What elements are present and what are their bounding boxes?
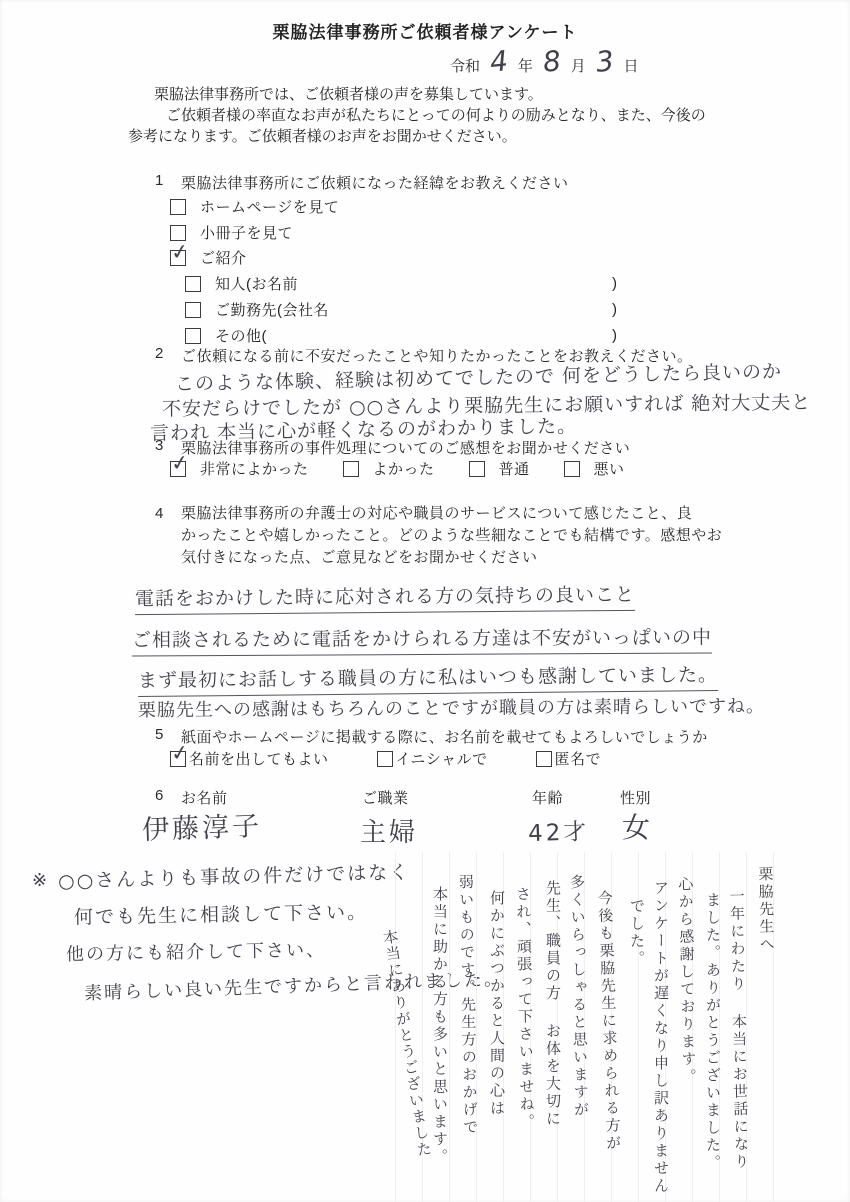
letter-column: アンケートが遅くなり申し訳ありません bbox=[653, 880, 668, 1195]
day-unit: 日 bbox=[624, 55, 639, 76]
intro-paragraph: 栗脇法律事務所では、ご依頼者様の声を募集しています。 ご依頼者様の率直なお声が私… bbox=[128, 84, 738, 147]
letter-column: 本当に助かる方も多いと思います。 bbox=[432, 886, 447, 1166]
letter-column: 先生、職員の方 お体を大切に bbox=[545, 880, 560, 1128]
q3-option-good: よかった bbox=[343, 458, 435, 479]
questionnaire-scan: 栗脇法律事務所ご依頼者様アンケート 令和 4 年 8 月 3 日 栗脇法律事務所… bbox=[0, 0, 850, 1202]
q3-option-bad: 悪い bbox=[564, 458, 625, 479]
checkbox[interactable] bbox=[185, 328, 201, 344]
option-label: 名前を出してもよい bbox=[189, 748, 329, 769]
q4-number: 4 bbox=[155, 503, 167, 525]
letter-column: 栗脇先生へ bbox=[757, 866, 774, 954]
q6-occupation-label: ご職業 bbox=[362, 787, 409, 808]
checkmark-icon: ✓ bbox=[170, 240, 190, 263]
letter-column: 弱いものです。先生方のおかげで bbox=[458, 874, 478, 1137]
q1-heading: 1 栗脇法律事務所にご依頼になった経緯をお教えください bbox=[155, 172, 569, 193]
q4-text-line: 栗脇法律事務所の弁護士の対応や職員のサービスについて感じたこと、良 bbox=[181, 503, 692, 525]
checkbox[interactable] bbox=[564, 461, 580, 477]
note-line: ○○さんよりも事故の件だけではなく bbox=[58, 857, 411, 893]
q1-sub-option-acquaintance: 知人(お名前 ) bbox=[185, 273, 617, 294]
day-handwritten: 3 bbox=[594, 47, 615, 77]
q4-text-line: 気付きになった点、ご意見などをお聞かせください bbox=[181, 547, 755, 569]
date-line: 令和 4 年 8 月 3 日 bbox=[450, 48, 639, 76]
note-marker: ※ bbox=[32, 870, 47, 891]
checkbox[interactable] bbox=[536, 751, 552, 767]
q1-sub-option-workplace: ご勤務先(会社名 ) bbox=[185, 299, 617, 320]
q3-option-normal: 普通 bbox=[469, 458, 530, 479]
option-label: ホームページを見て bbox=[200, 196, 339, 217]
q1-text: 栗脇法律事務所にご依頼になった経緯をお教えください bbox=[181, 172, 569, 193]
q5-option-show-name: ✓ 名前を出してもよい bbox=[170, 748, 329, 769]
q6-age-label: 年齢 bbox=[532, 787, 563, 808]
q5-option-initials: イニシャルで bbox=[377, 748, 488, 769]
checkbox[interactable] bbox=[170, 225, 186, 241]
month-unit: 月 bbox=[571, 55, 586, 76]
q6-gender-value: 女 bbox=[622, 806, 653, 846]
option-label: 知人(お名前 bbox=[215, 273, 298, 294]
q2-text: ご依頼になる前に不安だったことや知りたかったことをお教えください。 bbox=[181, 345, 693, 366]
year-unit: 年 bbox=[518, 55, 533, 76]
intro-line: 栗脇法律事務所では、ご依頼者様の声を募集しています。 bbox=[128, 84, 738, 105]
q3-option-very-good: ✓ 非常によかった bbox=[170, 458, 309, 479]
letter-column: され、頑張って下さいませね。 bbox=[515, 886, 534, 1131]
letter-column: 心から感謝しております。 bbox=[677, 876, 696, 1086]
q6-number: 6 bbox=[155, 787, 167, 804]
checkbox[interactable] bbox=[469, 461, 485, 477]
checkbox[interactable] bbox=[343, 461, 359, 477]
q3-text: 栗脇法律事務所の事件処理についてのご感想をお聞かせください bbox=[181, 437, 630, 458]
era-label: 令和 bbox=[450, 55, 480, 76]
q5-number: 5 bbox=[155, 726, 167, 743]
q1-option-referral: ✓ ご紹介 bbox=[170, 247, 247, 268]
q4-answer-line: ご相談されるために電話をかけられる方達は不安がいっぱいの中 bbox=[132, 626, 712, 656]
q3-options: ✓ 非常によかった よかった 普通 悪い bbox=[170, 458, 625, 479]
letter-column: でした。 bbox=[629, 898, 644, 968]
q4-answer-line: 電話をおかけした時に応対される方の気持ちの良いこと bbox=[135, 584, 635, 615]
close-paren: ) bbox=[612, 301, 617, 318]
option-label: 普通 bbox=[499, 458, 530, 479]
checkbox[interactable]: ✓ bbox=[170, 250, 186, 266]
option-label: ご紹介 bbox=[200, 247, 247, 268]
q3-number: 3 bbox=[155, 437, 167, 454]
checkmark-icon: ✓ bbox=[170, 741, 190, 764]
note-line: 何でも先生に相談して下さい。 bbox=[74, 897, 368, 929]
checkbox[interactable] bbox=[377, 751, 393, 767]
intro-line: ご依頼者様の率直なお声が私たちにとっての何よりの励みとなり、また、今後の bbox=[128, 105, 738, 126]
option-label: イニシャルで bbox=[396, 748, 488, 769]
q5-heading: 5 紙面やホームページに掲載する際に、お名前を載せてもよろしいでしょうか bbox=[155, 726, 708, 747]
option-label: 匿名で bbox=[555, 748, 602, 769]
q4-heading: 4 栗脇法律事務所の弁護士の対応や職員のサービスについて感じたこと、良 かったこ… bbox=[155, 503, 755, 569]
option-label: 非常によかった bbox=[200, 458, 309, 479]
page-title: 栗脇法律事務所ご依頼者様アンケート bbox=[0, 18, 850, 43]
letter-column: 一年にわたり 本当にお世話になり bbox=[729, 888, 749, 1171]
q4-text-line: かったことや嬉しかったこと。どのような些細なことでも結構です。感想やお bbox=[181, 525, 755, 547]
option-label: ご勤務先(会社名 bbox=[215, 299, 329, 320]
close-paren: ) bbox=[612, 275, 617, 292]
q1-option-booklet: 小冊子を見て bbox=[170, 222, 293, 243]
letter-column: 何かにぶつかると人間の心は bbox=[489, 890, 504, 1118]
q3-heading: 3 栗脇法律事務所の事件処理についてのご感想をお聞かせください bbox=[155, 437, 630, 458]
q5-options: ✓ 名前を出してもよい イニシャルで 匿名で bbox=[170, 748, 601, 769]
close-paren: ) bbox=[612, 327, 617, 344]
note-line: 他の方にも紹介して下さい、 bbox=[66, 936, 326, 967]
year-handwritten: 4 bbox=[489, 47, 510, 77]
q4-answer-line: まず最初にお話しする職員の方に私はいつも感謝していました。 bbox=[138, 664, 718, 697]
q6-age-value: 42才 bbox=[527, 813, 589, 848]
letter-column: ました。ありがとうございました。 bbox=[705, 892, 720, 1172]
q5-option-anonymous: 匿名で bbox=[536, 748, 602, 769]
q6-name-value: 伊藤淳子 bbox=[141, 804, 262, 847]
checkbox[interactable]: ✓ bbox=[170, 461, 186, 477]
checkbox[interactable] bbox=[185, 276, 201, 292]
q4-answer-line: 栗脇先生への感謝はもちろんのことですが職員の方は素晴らしいですね。 bbox=[138, 696, 765, 722]
letter-column: 多くいらっしゃると思いますが bbox=[569, 874, 588, 1119]
checkmark-icon: ✓ bbox=[170, 451, 190, 474]
checkbox[interactable] bbox=[185, 302, 201, 318]
q6-gender-label: 性別 bbox=[620, 787, 651, 808]
q1-option-homepage: ホームページを見て bbox=[170, 196, 339, 217]
option-label: 悪い bbox=[594, 458, 625, 479]
q1-sub-option-other: その他( ) bbox=[185, 325, 617, 346]
q2-heading: 2 ご依頼になる前に不安だったことや知りたかったことをお教えください。 bbox=[155, 345, 693, 366]
checkbox[interactable]: ✓ bbox=[170, 751, 186, 767]
option-label: その他( bbox=[215, 325, 267, 346]
q5-text: 紙面やホームページに掲載する際に、お名前を載せてもよろしいでしょうか bbox=[181, 726, 708, 747]
option-label: 小冊子を見て bbox=[200, 222, 293, 243]
q1-number: 1 bbox=[155, 172, 167, 189]
q6-occupation-value: 主婦 bbox=[360, 812, 418, 849]
intro-line: 参考になります。ご依頼者様のお声をお聞かせください。 bbox=[128, 126, 738, 147]
option-label: よかった bbox=[373, 458, 435, 479]
month-handwritten: 8 bbox=[541, 47, 562, 77]
checkbox[interactable] bbox=[170, 199, 186, 215]
q2-number: 2 bbox=[155, 345, 167, 362]
